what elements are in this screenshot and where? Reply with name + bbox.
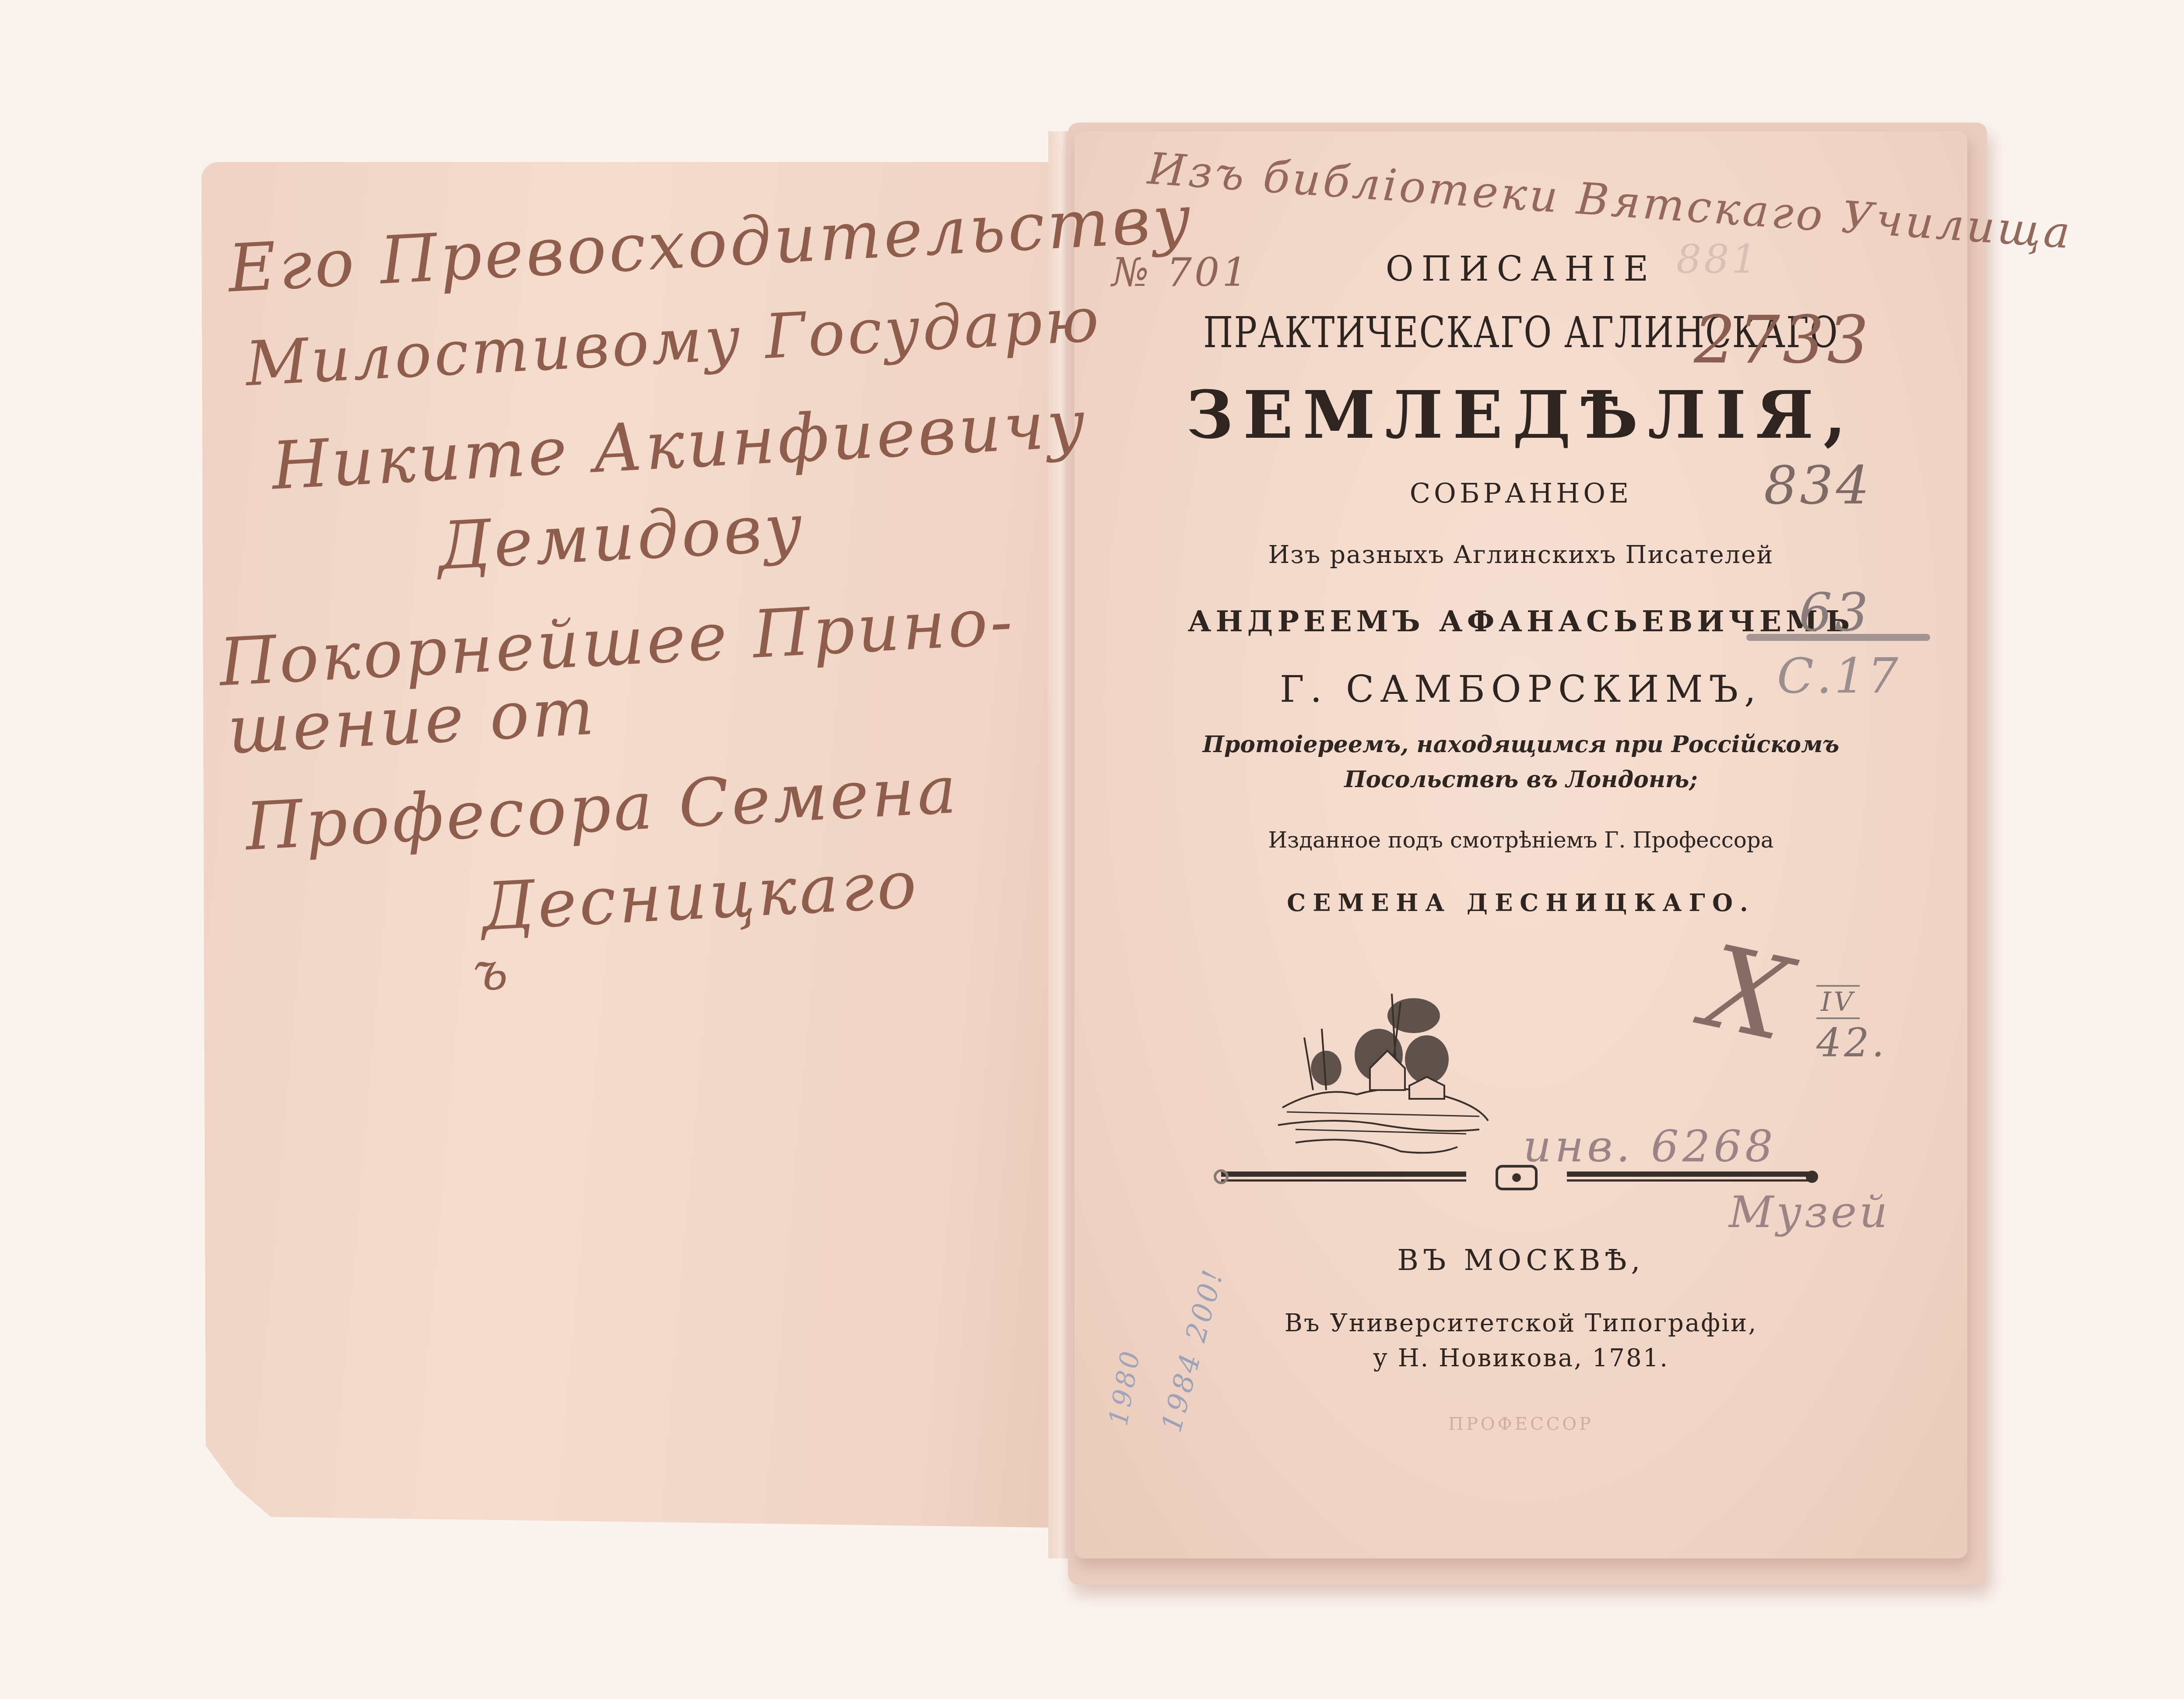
title-main: ЗЕМЛЕДѢЛІЯ,: [1074, 376, 1967, 454]
museum-note: Музей: [1729, 1186, 1890, 1238]
bleed-through-text: ПРОФЕССОР: [1074, 1414, 1967, 1434]
editor-line: Изданное подъ смотрѣніемъ Г. Профессора: [1074, 827, 1967, 853]
number-834: 834: [1764, 455, 1872, 516]
library-number: № 701: [1112, 250, 1250, 295]
author-role-line1: Протоіереемъ, находящимся при Россійском…: [1074, 731, 1967, 758]
fraction-bottom: С.17: [1777, 648, 1901, 704]
landscape-vignette-icon: [1269, 976, 1497, 1160]
editor-name: СЕМЕНА ДЕСНИЦКАГО.: [1074, 889, 1967, 917]
roman-iv-mark: IV: [1816, 985, 1860, 1019]
inventory-number: инв. 6268: [1523, 1121, 1777, 1172]
fraction-line: [1746, 634, 1930, 641]
dedication-flourish: ъ: [471, 940, 512, 1003]
faint-number: 881: [1676, 236, 1759, 282]
author-role-line2: Посольствѣ въ Лондонѣ;: [1074, 766, 1967, 793]
title-sources: Изъ разныхъ Аглинскихъ Писателей: [1074, 541, 1967, 569]
shelf-number: 2733: [1694, 302, 1871, 378]
number-42: 42.: [1816, 1020, 1887, 1066]
